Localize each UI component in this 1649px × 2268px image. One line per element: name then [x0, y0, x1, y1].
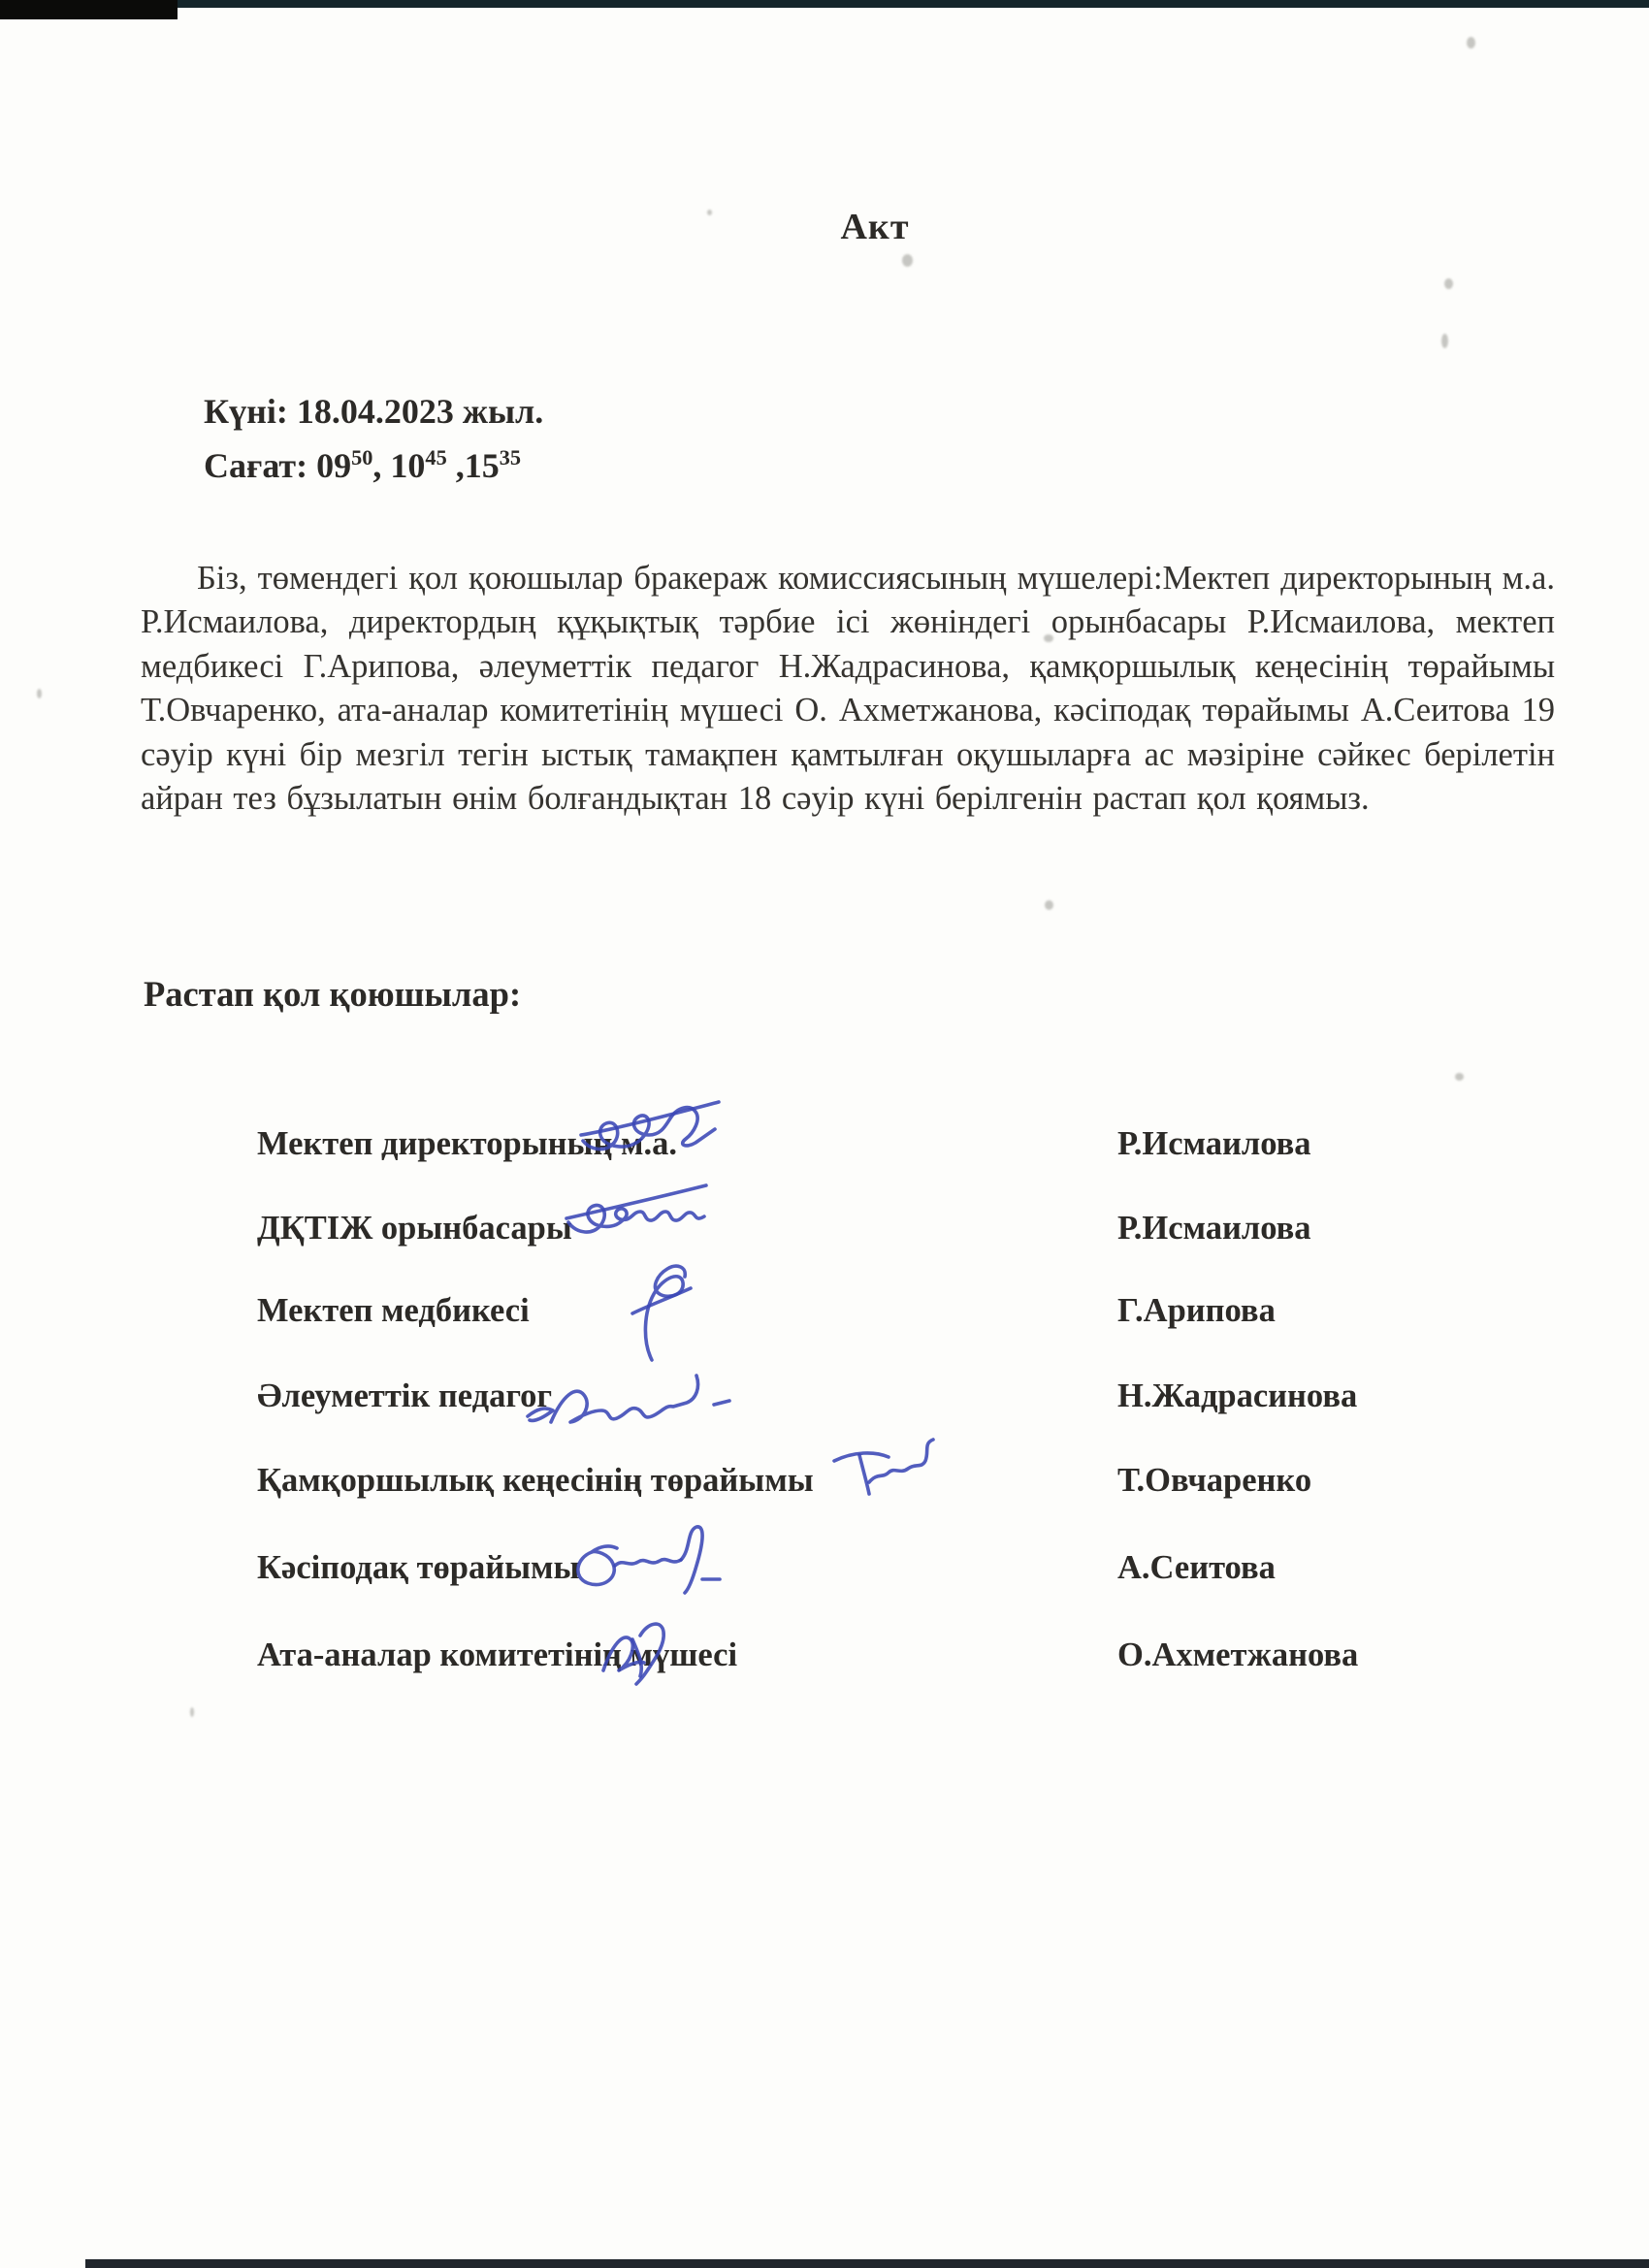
signature-row: ДҚТІЖ орынбасары Р.Исмаилова: [0, 1210, 1649, 1268]
signer-name: Р.Исмаилова: [1117, 1210, 1311, 1247]
document-title: Акт: [50, 206, 1649, 248]
body-paragraph: Біз, төмендегі қол қоюшылар бракераж ком…: [141, 557, 1555, 821]
signer-role: Әлеуметтік педагог: [257, 1377, 552, 1415]
signer-name: О.Ахметжанова: [1117, 1636, 1358, 1674]
scan-speck: [1441, 334, 1448, 348]
signer-name: Р.Исмаилова: [1117, 1125, 1311, 1163]
handwritten-signature: [577, 1088, 723, 1164]
handwritten-signature: [565, 1513, 725, 1603]
handwritten-signature: [522, 1360, 735, 1440]
handwritten-signature: [609, 1249, 696, 1368]
handwritten-signature: [594, 1612, 683, 1692]
signer-name: Н.Жадрасинова: [1117, 1377, 1357, 1415]
signer-role: Мектеп медбикесі: [257, 1292, 530, 1330]
scan-speck: [190, 1707, 194, 1717]
signer-name: Т.Овчаренко: [1117, 1462, 1311, 1500]
scan-edge-bottom: [85, 2259, 1649, 2268]
signer-name: А.Сеитова: [1117, 1549, 1276, 1587]
date-line: Күні: 18.04.2023 жыл.: [204, 388, 543, 435]
signature-row: Қамқоршылық кеңесінің төрайымы Т.Овчарен…: [0, 1462, 1649, 1520]
scan-edge-top: [0, 0, 1649, 8]
signers-heading: Растап қол қоюшылар:: [144, 973, 521, 1015]
handwritten-signature: [826, 1434, 943, 1513]
signature-row: Ата-аналар комитетінің мүшесі О.Ахметжан…: [0, 1636, 1649, 1695]
scan-speck: [1467, 37, 1475, 49]
time-line: Сағат: 0950, 1045 ,1535: [204, 435, 543, 489]
signer-role: Қамқоршылық кеңесінің төрайымы: [257, 1462, 814, 1500]
signature-row: Әлеуметтік педагог Н.Жадрасинова: [0, 1377, 1649, 1436]
date-time-block: Күні: 18.04.2023 жыл. Сағат: 0950, 1045 …: [204, 388, 543, 489]
signature-row: Кәсіподақ төрайымы А.Сеитова: [0, 1549, 1649, 1607]
scan-speck: [1444, 278, 1453, 289]
signature-row: Мектеп директорының м.а. Р.Исмаилова: [0, 1125, 1649, 1183]
scan-speck: [902, 254, 913, 267]
scan-speck: [1455, 1073, 1464, 1081]
signer-name: Г.Арипова: [1117, 1292, 1276, 1330]
handwritten-signature: [561, 1174, 711, 1244]
signer-role: Кәсіподақ төрайымы: [257, 1549, 579, 1587]
scanned-document-page: Акт Күні: 18.04.2023 жыл. Сағат: 0950, 1…: [0, 0, 1649, 2268]
scan-edge-top-left: [0, 0, 178, 19]
scan-speck: [37, 689, 42, 698]
signer-role: ДҚТІЖ орынбасары: [257, 1210, 572, 1247]
signature-row: Мектеп медбикесі Г.Арипова: [0, 1292, 1649, 1350]
scan-speck: [1045, 900, 1053, 910]
